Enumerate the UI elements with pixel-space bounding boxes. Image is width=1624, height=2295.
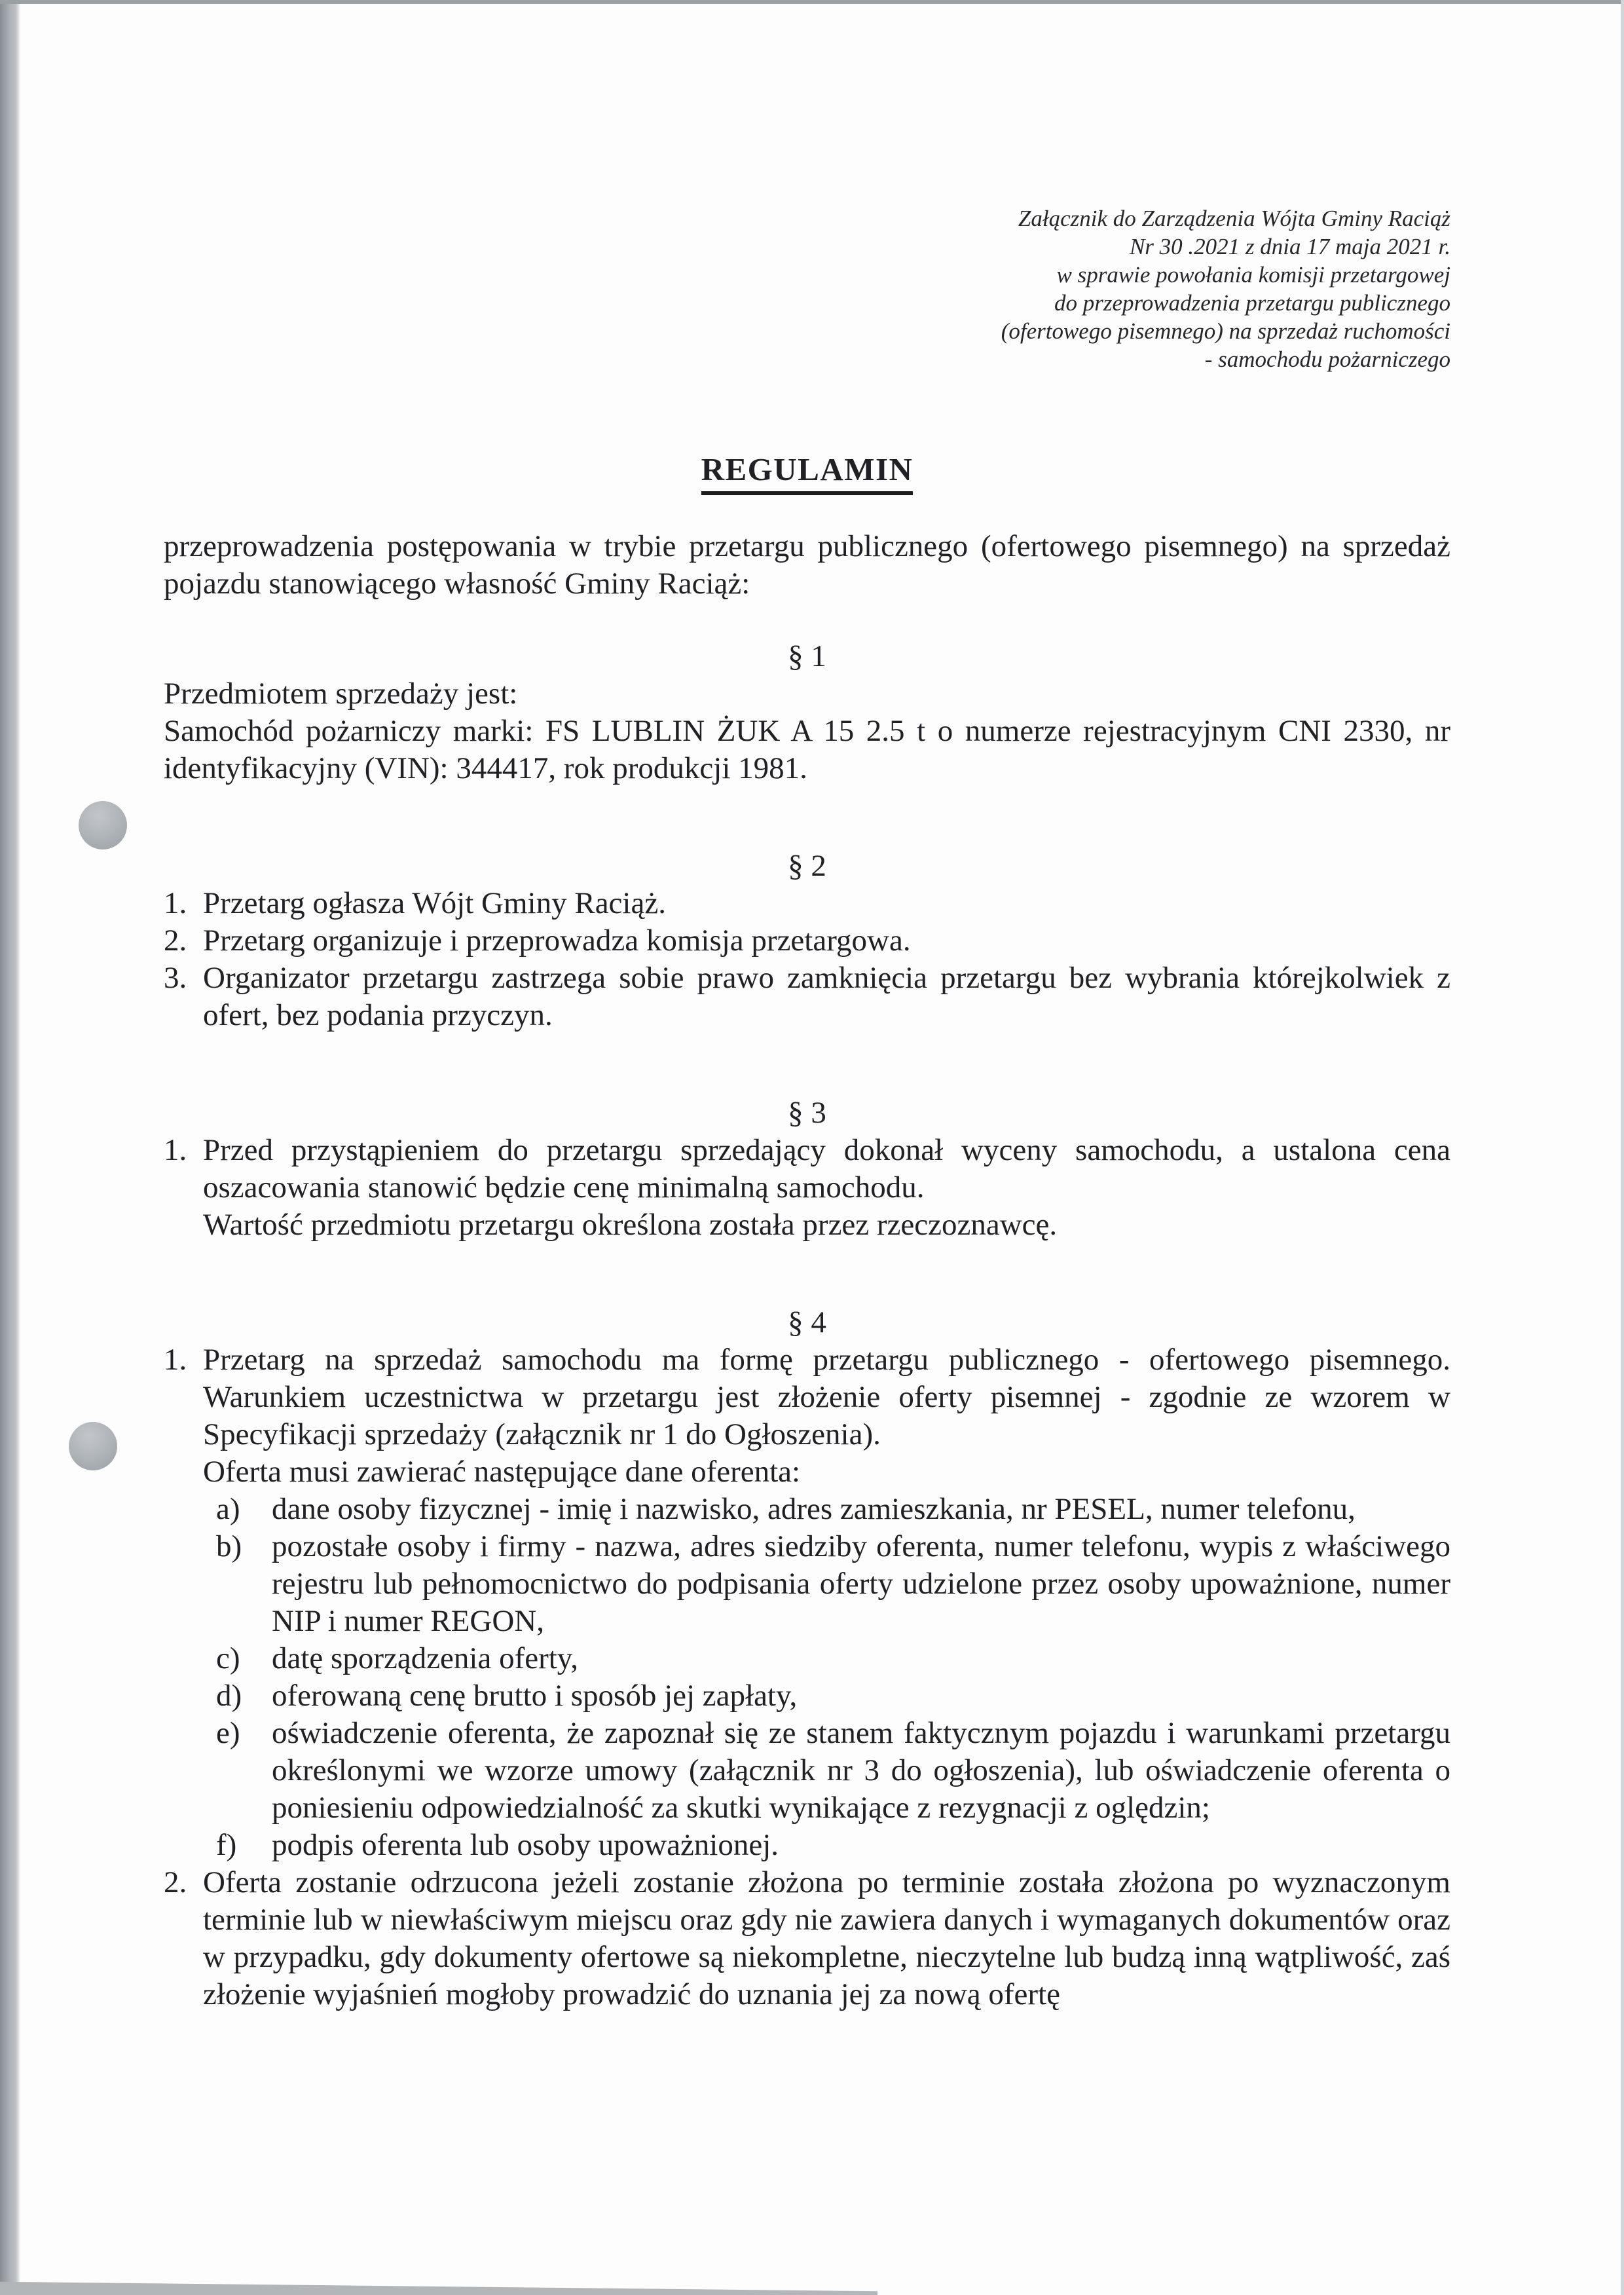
sublist-item-text: oferowaną cenę brutto i sposób jej zapła… [272, 1677, 1450, 1715]
sublist-item-text: podpis oferenta lub osoby upoważnionej. [272, 1827, 1450, 1864]
list-item: 3. Organizator przetargu zastrzega sobie… [164, 960, 1450, 1034]
sublist-item-marker: d) [216, 1677, 272, 1715]
document-title: REGULAMIN [701, 451, 913, 495]
attachment-note-line: (ofertowego pisemnego) na sprzedaż rucho… [164, 317, 1450, 345]
attachment-note-line: w sprawie powołania komisji przetargowej [164, 261, 1450, 289]
section-heading-4: § 4 [164, 1304, 1450, 1341]
s1-body-paragraph: Samochód pożarniczy marki: FS LUBLIN ŻUK… [164, 713, 1450, 787]
list-item-text: Przetarg ogłasza Wójt Gminy Raciąż. [203, 885, 1450, 922]
sublist-item-marker: e) [216, 1715, 272, 1752]
section-heading-2: § 2 [164, 848, 1450, 885]
list-item-text: Przetarg organizuje i przeprowadza komis… [203, 922, 1450, 960]
section-heading-3: § 3 [164, 1094, 1450, 1132]
list-item-text: Przetarg na sprzedaż samochodu ma formę … [203, 1341, 1450, 1453]
sublist-item-text: oświadczenie oferenta, że zapoznał się z… [272, 1715, 1450, 1827]
sublist-item: a) dane osoby fizycznej - imię i nazwisk… [216, 1491, 1450, 1528]
list-item-continuation: Oferta musi zawierać następujące dane of… [164, 1453, 1450, 1491]
list-item-marker: 1. [164, 885, 203, 922]
intro-paragraph: przeprowadzenia postępowania w trybie pr… [164, 528, 1450, 603]
section-heading-1: § 1 [164, 638, 1450, 675]
sublist-item-marker: b) [216, 1528, 272, 1565]
list-item-marker: 3. [164, 960, 203, 997]
sublist-item-marker: a) [216, 1491, 272, 1528]
attachment-note: Załącznik do Zarządzenia Wójta Gminy Rac… [164, 204, 1450, 373]
offer-data-sublist: a) dane osoby fizycznej - imię i nazwisk… [164, 1491, 1450, 1864]
document-content: Załącznik do Zarządzenia Wójta Gminy Rac… [0, 0, 1624, 2013]
list-item-text: Organizator przetargu zastrzega sobie pr… [203, 960, 1450, 1034]
sublist-item-text: dane osoby fizycznej - imię i nazwisko, … [272, 1491, 1450, 1528]
sublist-item-text: datę sporządzenia oferty, [272, 1640, 1450, 1677]
list-item-marker: 2. [164, 1864, 203, 1901]
sublist-item-marker: f) [216, 1827, 272, 1864]
list-item-text: Oferta zostanie odrzucona jeżeli zostani… [203, 1864, 1450, 2013]
attachment-note-line: Nr 30 .2021 z dnia 17 maja 2021 r. [164, 233, 1450, 261]
title-row: REGULAMIN [164, 451, 1450, 495]
list-item-marker: 2. [164, 922, 203, 960]
list-item: 2. Przetarg organizuje i przeprowadza ko… [164, 922, 1450, 960]
sublist-item: b) pozostałe osoby i firmy - nazwa, adre… [216, 1528, 1450, 1640]
sublist-item: e) oświadczenie oferenta, że zapoznał si… [216, 1715, 1450, 1827]
sublist-item: c) datę sporządzenia oferty, [216, 1640, 1450, 1677]
list-item-marker: 1. [164, 1132, 203, 1169]
list-item: 1. Przed przystąpieniem do przetargu spr… [164, 1132, 1450, 1206]
list-item: 2. Oferta zostanie odrzucona jeżeli zost… [164, 1864, 1450, 2013]
sublist-item-text: pozostałe osoby i firmy - nazwa, adres s… [272, 1528, 1450, 1640]
list-item: 1. Przetarg na sprzedaż samochodu ma for… [164, 1341, 1450, 1453]
attachment-note-line: do przeprowadzenia przetargu publicznego [164, 289, 1450, 317]
sublist-item: f) podpis oferenta lub osoby upoważnione… [216, 1827, 1450, 1864]
list-item: 1. Przetarg ogłasza Wójt Gminy Raciąż. [164, 885, 1450, 922]
attachment-note-line: Załącznik do Zarządzenia Wójta Gminy Rac… [164, 204, 1450, 233]
sublist-item-marker: c) [216, 1640, 272, 1677]
sublist-item: d) oferowaną cenę brutto i sposób jej za… [216, 1677, 1450, 1715]
list-item-text: Przed przystąpieniem do przetargu sprzed… [203, 1132, 1450, 1206]
list-item-marker: 1. [164, 1341, 203, 1379]
scanned-document-page: Załącznik do Zarządzenia Wójta Gminy Rac… [0, 0, 1624, 2295]
s1-lead-line: Przedmiotem sprzedaży jest: [164, 675, 1450, 713]
list-item-continuation: Wartość przedmiotu przetargu określona z… [164, 1206, 1450, 1244]
attachment-note-line: - samochodu pożarniczego [164, 345, 1450, 373]
scan-bottom-shadow-wedge [0, 2278, 877, 2295]
